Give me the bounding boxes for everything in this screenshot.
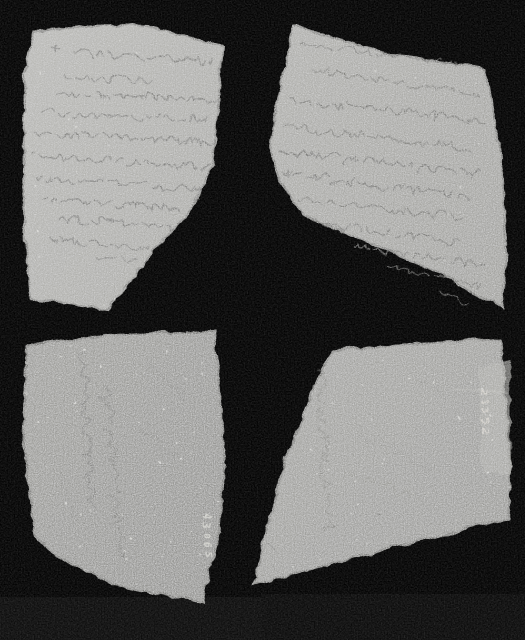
ostraca-photo-svg: 4306525352: [0, 0, 525, 640]
ostraca-photograph: 4306525352: [0, 0, 525, 640]
film-grain-overlay: [0, 0, 525, 640]
